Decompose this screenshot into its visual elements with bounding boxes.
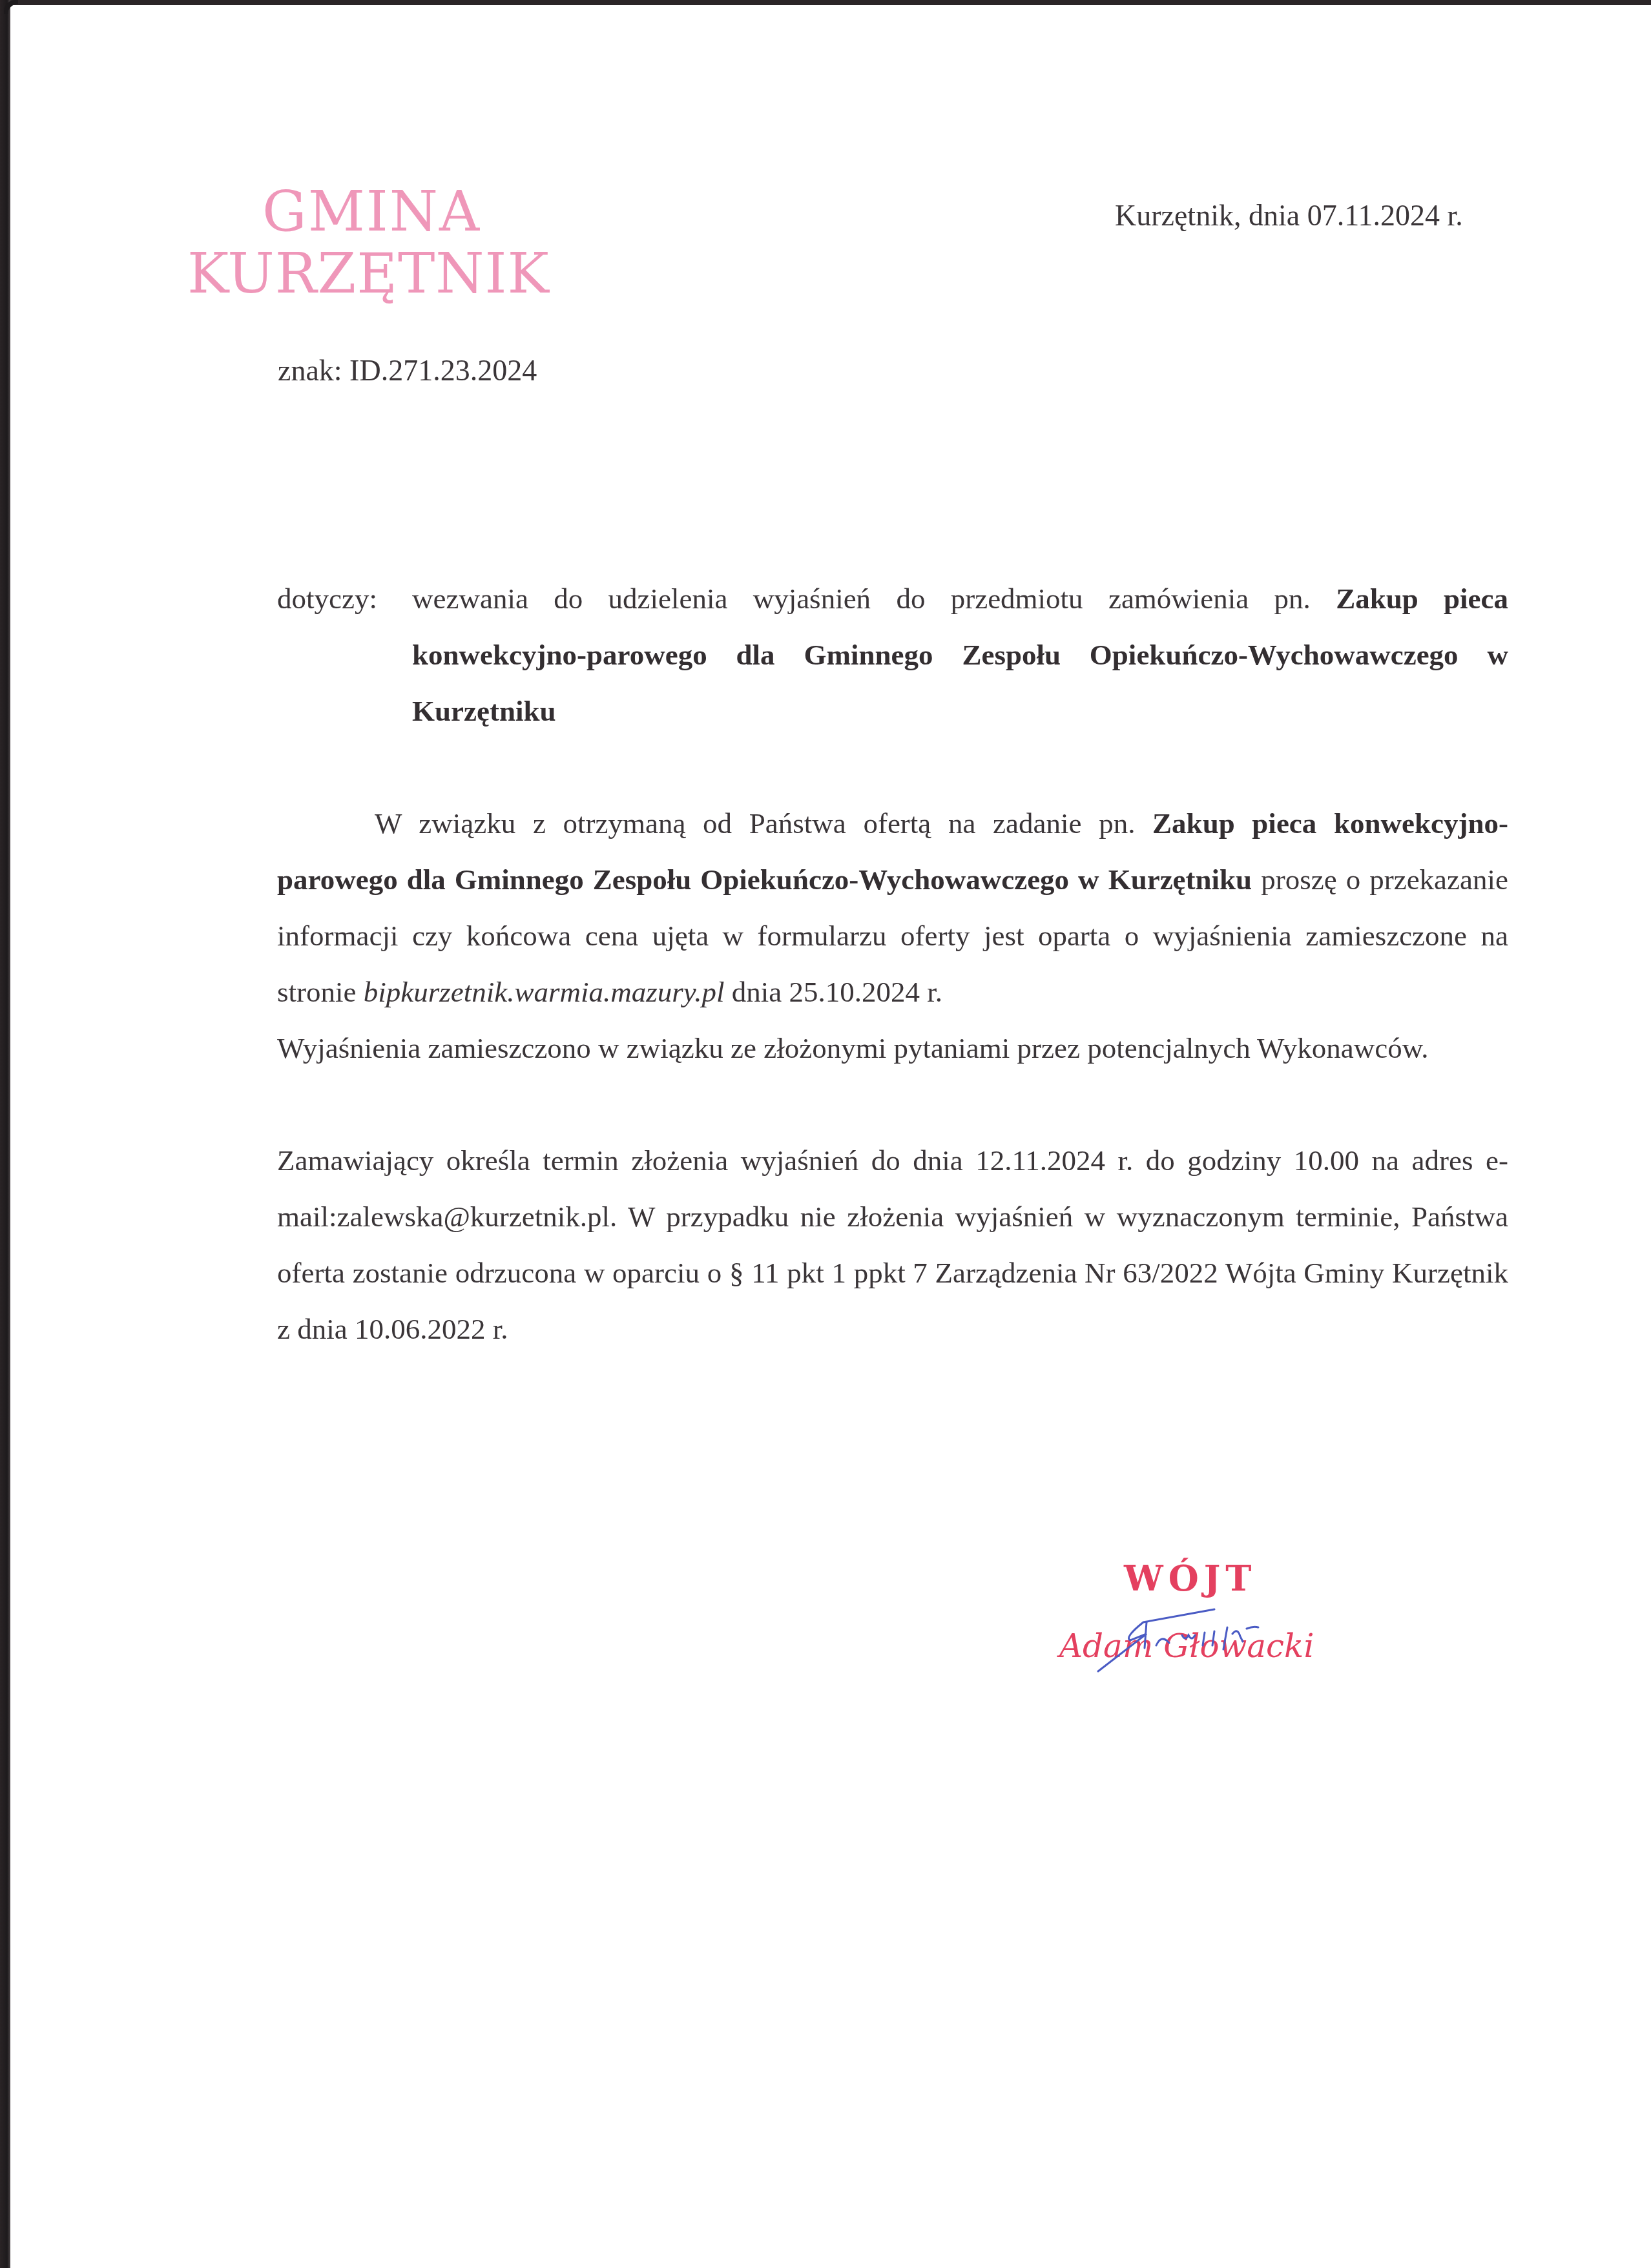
paragraph-request: W związku z otrzymaną od Państwa ofertą … [277,796,1508,1020]
municipality-stamp: GMINA KURZĘTNIK [187,181,549,305]
paragraph-explanations: Wyjaśnienia zamieszczono w związku ze zł… [277,1020,1508,1077]
subject-label: dotyczy: [277,571,412,627]
scan-border-left [0,0,10,2268]
reference-number: znak: ID.271.23.2024 [278,353,537,389]
place-and-date: Kurzętnik, dnia 07.11.2024 r. [1115,198,1463,234]
p1-intro: W związku z otrzymaną od Państwa ofertą … [375,807,1135,840]
handwritten-signature-icon [1085,1595,1305,1673]
p1-date: dnia 25.10.2024 r. [732,976,942,1008]
subject-text: wezwania do udzielenia wyjaśnień do prze… [412,582,1311,615]
stamp-line-gmina: GMINA [187,181,549,243]
letter-body: dotyczy:wezwania do udzielenia wyjaśnień… [277,571,1508,1357]
website-link[interactable]: bipkurzetnik.warmia.mazury.pl [364,976,725,1008]
signature-title-stamp: WÓJT [1124,1558,1256,1599]
subject-line: dotyczy:wezwania do udzielenia wyjaśnień… [277,571,1508,739]
scan-border-top [0,0,1651,5]
paragraph-deadline: Zamawiający określa termin złożenia wyja… [277,1133,1508,1357]
stamp-line-kurzetnik: KURZĘTNIK [187,243,549,305]
